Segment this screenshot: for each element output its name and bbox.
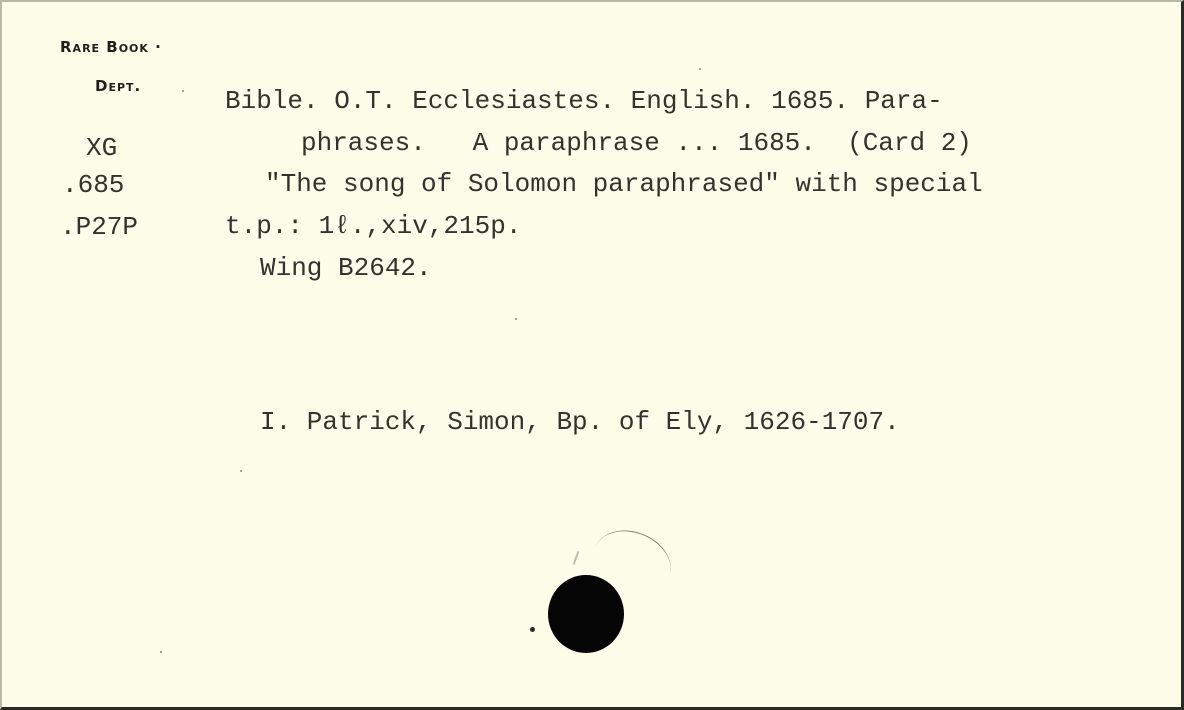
catalog-card: Rare Book · Dept. XG .685 .P27P Bible. O… bbox=[0, 0, 1184, 710]
added-entry-tracing: I. Patrick, Simon, Bp. of Ely, 1626-1707… bbox=[260, 407, 900, 437]
paper-speck bbox=[515, 318, 517, 320]
department-stamp-line-1: Rare Book · bbox=[60, 38, 162, 56]
call-number-cutter: .P27P bbox=[60, 212, 138, 242]
call-number-class: XG bbox=[86, 133, 117, 163]
paper-speck bbox=[240, 470, 242, 472]
note-line: "The song of Solomon paraphrased" with s… bbox=[265, 169, 983, 199]
paper-speck bbox=[160, 651, 162, 653]
ink-dot-mark bbox=[530, 627, 535, 632]
paper-speck bbox=[699, 68, 701, 70]
pencil-tick-mark bbox=[573, 551, 580, 565]
title-line: phrases. A paraphrase ... 1685. (Card 2) bbox=[301, 128, 972, 158]
collation-line: t.p.: 1ℓ.,xiv,215p. bbox=[225, 211, 521, 241]
call-number-subclass: .685 bbox=[62, 170, 124, 200]
department-stamp-line-2: Dept. bbox=[95, 77, 141, 95]
reference-line: Wing B2642. bbox=[260, 253, 432, 283]
heading-line: Bible. O.T. Ecclesiastes. English. 1685.… bbox=[225, 86, 943, 116]
paper-speck bbox=[182, 90, 184, 92]
punch-hole bbox=[548, 575, 624, 653]
